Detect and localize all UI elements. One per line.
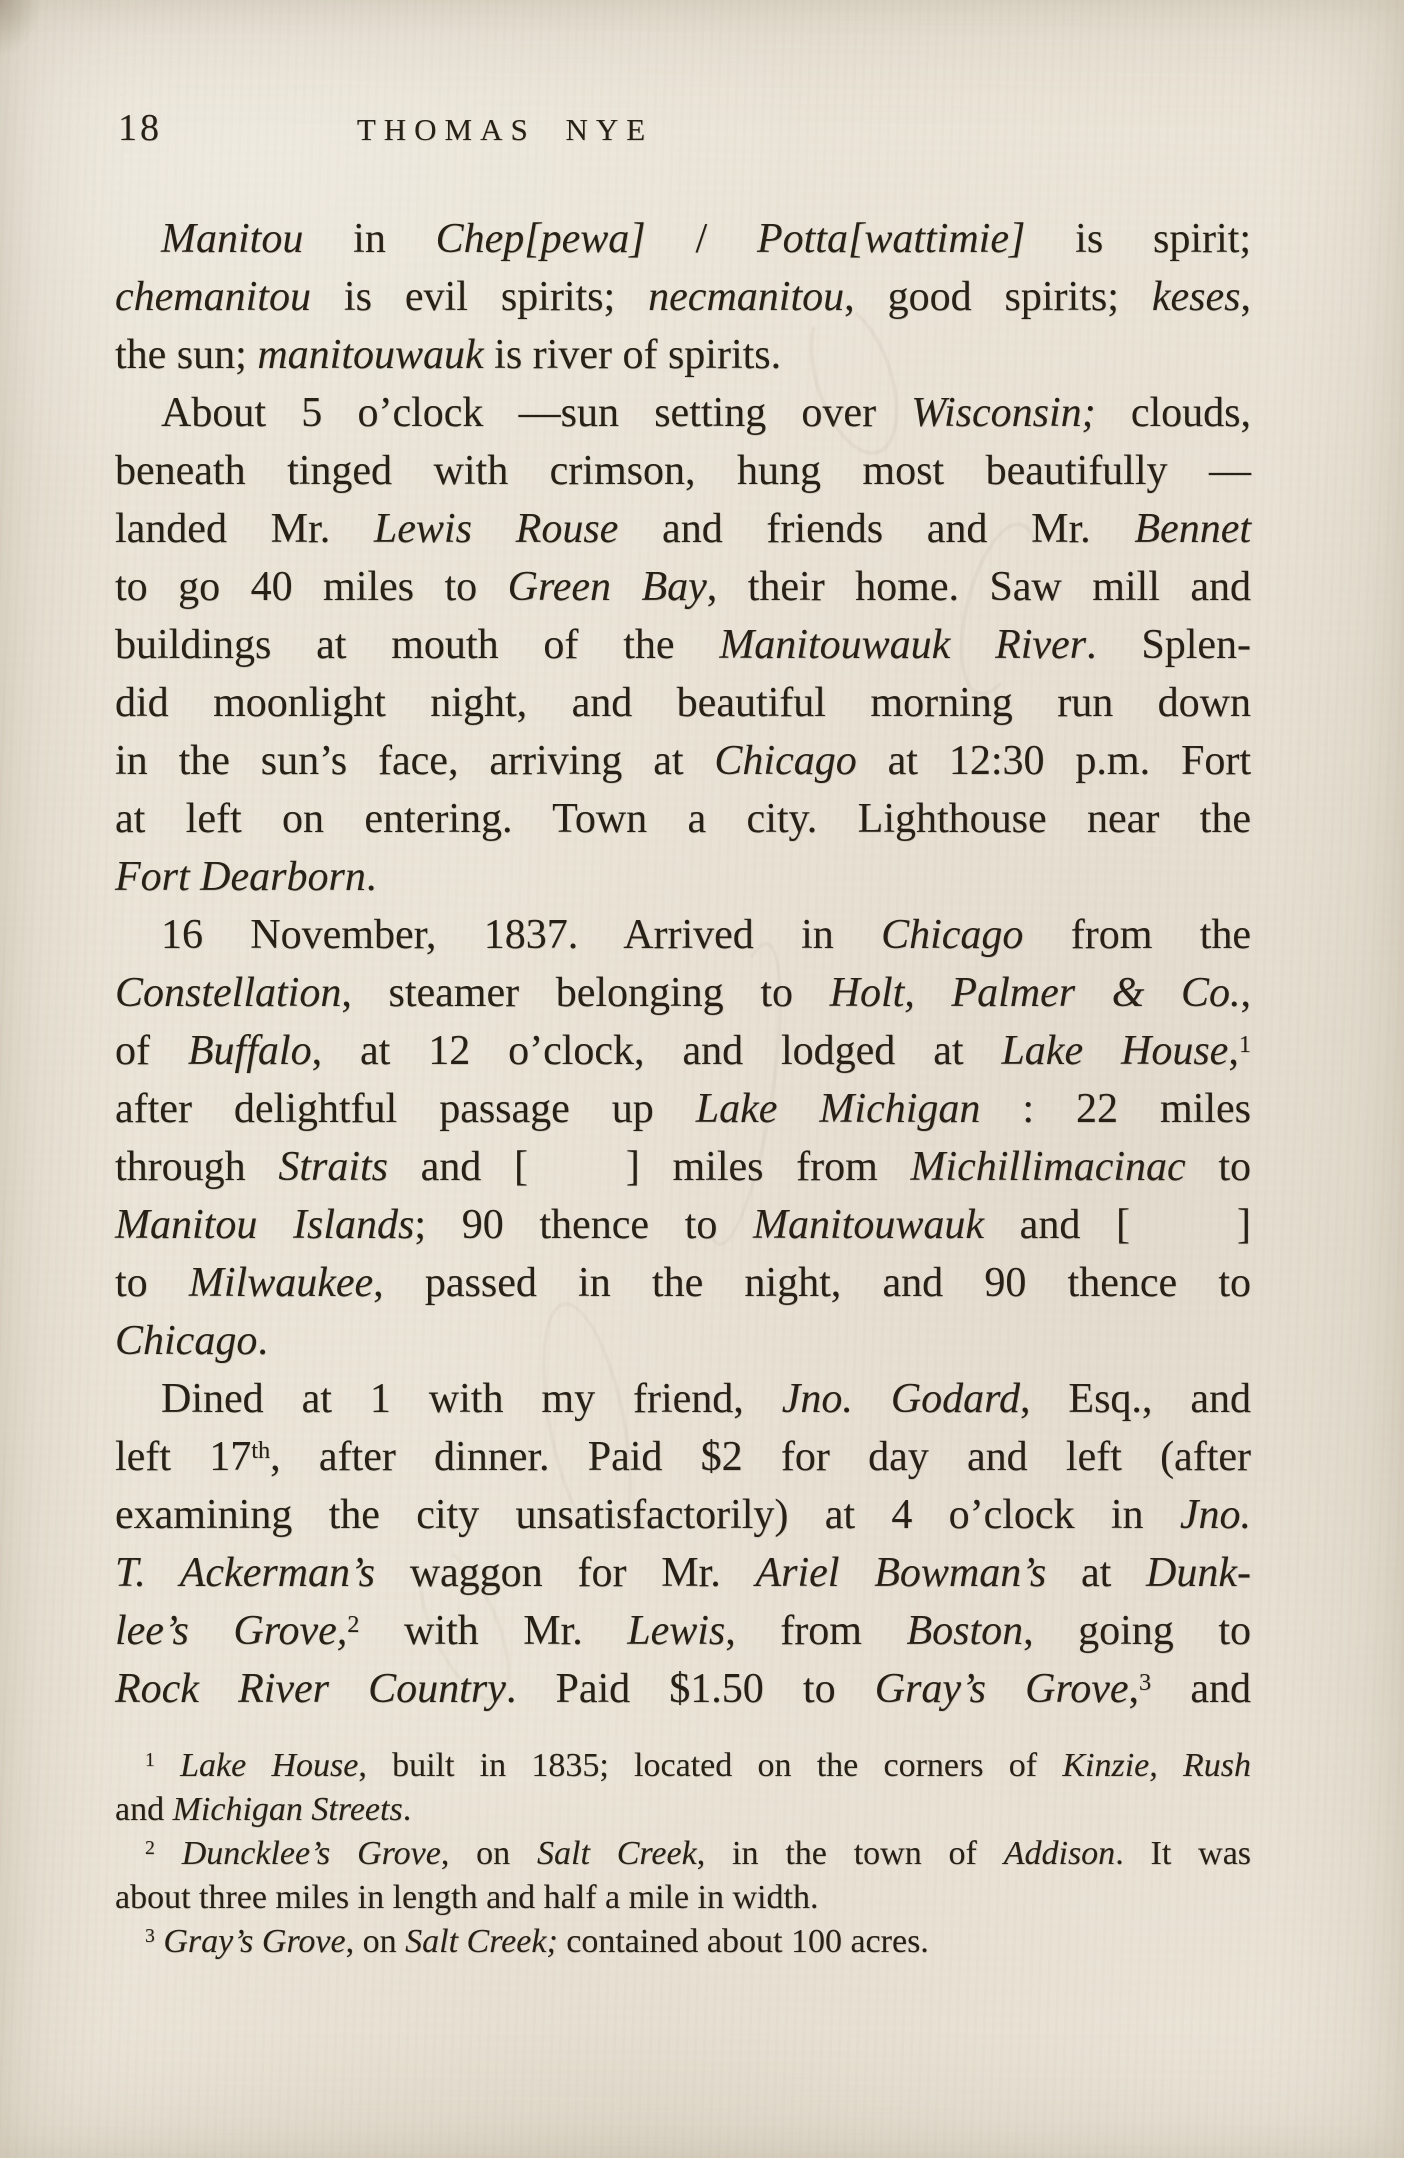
text-run: , going to <box>1023 1608 1251 1654</box>
text-run: Boston <box>906 1608 1023 1654</box>
text-run: Green Bay <box>508 564 707 610</box>
text-run: . <box>366 854 377 900</box>
text-line: Manitou Islands; 90 thence to Manitouwau… <box>115 1196 1251 1254</box>
text-run: , good spirits; <box>844 274 1152 320</box>
text-line: and Michigan Streets. <box>115 1788 1251 1832</box>
text-run: Jno. <box>1180 1492 1251 1538</box>
text-run: to go 40 miles to <box>115 564 508 610</box>
text-run: , from <box>725 1608 906 1654</box>
text-line: the sun; manitouwauk is river of spirits… <box>115 326 1251 384</box>
text-run: is spirit; <box>1025 216 1251 262</box>
body-text: Manitou in Chep[pewa] / Potta[wattimie] … <box>115 210 1251 1718</box>
text-run: ; 90 thence to <box>414 1202 753 1248</box>
text-run: Lake House <box>180 1747 358 1784</box>
text-run: 16 November, 1837. Arrived in <box>161 912 881 958</box>
text-line: through Straits and [ ] miles from Michi… <box>115 1138 1251 1196</box>
text-run: contained about 100 acres. <box>558 1923 929 1960</box>
text-run: from the <box>1023 912 1251 958</box>
text-run: Dined at 1 with my friend, <box>161 1376 782 1422</box>
text-run: Bennet <box>1134 506 1251 552</box>
text-run: Salt Creek; <box>405 1923 558 1960</box>
text-run: Manitouwauk River <box>719 622 1086 668</box>
book-page: 18 THOMAS NYE Manitou in Chep[pewa] / Po… <box>0 0 1404 2158</box>
text-run: and [ ] miles from <box>388 1144 910 1190</box>
text-run: Constellation <box>115 970 341 1016</box>
text-run: Potta[wattimie] <box>757 216 1025 262</box>
text-run: Manitouwauk <box>753 1202 984 1248</box>
text-run <box>155 1747 180 1784</box>
text-run: and [ ] <box>984 1202 1251 1248</box>
text-run: to <box>1186 1144 1251 1190</box>
text-run: Manitou <box>161 216 303 262</box>
text-run: keses <box>1152 274 1241 320</box>
text-line: Fort Dearborn. <box>115 848 1251 906</box>
text-run: , Esq., and <box>1020 1376 1251 1422</box>
text-run: , in the town of <box>697 1835 1004 1872</box>
text-run: Holt, Palmer & Co. <box>830 970 1241 1016</box>
text-run: to <box>115 1260 189 1306</box>
text-line: Dined at 1 with my friend, Jno. Godard, … <box>115 1370 1251 1428</box>
text-line: 2 Duncklee’s Grove, on Salt Creek, in th… <box>115 1832 1251 1876</box>
text-line: in the sun’s face, arriving at Chicago a… <box>115 732 1251 790</box>
footnote-reference: 3 <box>1139 1669 1151 1696</box>
text-run: Manitou Islands <box>115 1202 414 1248</box>
text-run: left 17 <box>115 1434 251 1480</box>
text-run: , <box>1241 970 1252 1016</box>
text-run: and <box>1151 1666 1251 1712</box>
text-run: is river of spirits. <box>484 332 781 378</box>
text-line: to Milwaukee, passed in the night, and 9… <box>115 1254 1251 1312</box>
text-run: . <box>403 1791 412 1828</box>
text-line: of Buffalo, at 12 o’clock, and lodged at… <box>115 1022 1251 1080</box>
text-run: after delightful passage up <box>115 1086 696 1132</box>
text-run: Salt Creek <box>537 1835 697 1872</box>
text-run: waggon for Mr. <box>375 1550 756 1596</box>
text-run: , <box>1240 274 1251 320</box>
text-run: in <box>303 216 435 262</box>
text-line: lee’s Grove,2 with Mr. Lewis, from Bosto… <box>115 1602 1251 1660</box>
text-run: , at 12 o’clock, and lodged at <box>312 1028 1002 1074</box>
text-line: Manitou in Chep[pewa] / Potta[wattimie] … <box>115 210 1251 268</box>
text-run <box>155 1835 182 1872</box>
text-run: . Paid $1.50 to <box>506 1666 875 1712</box>
text-run: , steamer belonging to <box>341 970 829 1016</box>
text-run: did moonlight night, and beautiful morni… <box>115 680 1251 726</box>
text-run: buildings at mouth of the <box>115 622 719 668</box>
text-line: Chicago. <box>115 1312 1251 1370</box>
text-run: : 22 miles <box>980 1086 1251 1132</box>
text-run: Milwaukee <box>189 1260 373 1306</box>
text-run: chemanitou <box>115 274 311 320</box>
text-run: Duncklee’s Grove <box>182 1835 441 1872</box>
text-run: manitouwauk <box>257 332 483 378</box>
text-line: about three miles in length and half a m… <box>115 1876 1251 1920</box>
text-run: with Mr. <box>359 1608 627 1654</box>
text-run: landed Mr. <box>115 506 374 552</box>
footnote-reference: 3 <box>145 1925 155 1947</box>
text-run: through <box>115 1144 278 1190</box>
text-line: buildings at mouth of the Manitouwauk Ri… <box>115 616 1251 674</box>
text-run: necmanitou <box>648 274 844 320</box>
text-run: . Splen- <box>1086 622 1251 668</box>
text-line: after delightful passage up Lake Michiga… <box>115 1080 1251 1138</box>
text-run: , their home. Saw mill and <box>707 564 1251 610</box>
text-line: to go 40 miles to Green Bay, their home.… <box>115 558 1251 616</box>
text-run: . It was <box>1115 1835 1251 1872</box>
text-run: Jno. Godard <box>782 1376 1020 1422</box>
text-line: at left on entering. Town a city. Lighth… <box>115 790 1251 848</box>
text-run: / <box>646 216 757 262</box>
text-line: examining the city unsatisfactorily) at … <box>115 1486 1251 1544</box>
text-run: , <box>1228 1028 1239 1074</box>
text-run: , built in 1835; located on the corners … <box>358 1747 1062 1784</box>
text-run: Lewis Rouse <box>374 506 618 552</box>
text-run: Rock River Country <box>115 1666 506 1712</box>
text-run: Michigan Streets <box>173 1791 403 1828</box>
text-run: Buffalo <box>188 1028 312 1074</box>
text-run: Gray’s Grove <box>163 1923 345 1960</box>
text-line: did moonlight night, and beautiful morni… <box>115 674 1251 732</box>
text-run: Chicago <box>881 912 1023 958</box>
text-line: Rock River Country. Paid $1.50 to Gray’s… <box>115 1660 1251 1718</box>
text-run: at left on entering. Town a city. Lighth… <box>115 796 1251 842</box>
text-run: Straits <box>278 1144 388 1190</box>
text-run: the sun; <box>115 332 257 378</box>
text-line: left 17th, after dinner. Paid $2 for day… <box>115 1428 1251 1486</box>
page-number: 18 <box>118 106 162 150</box>
text-run: in the sun’s face, arriving at <box>115 738 714 784</box>
text-line: landed Mr. Lewis Rouse and friends and M… <box>115 500 1251 558</box>
text-run: and friends and Mr. <box>618 506 1134 552</box>
text-run: Addison <box>1004 1835 1115 1872</box>
text-line: Constellation, steamer belonging to Holt… <box>115 964 1251 1022</box>
footnote-reference: 2 <box>347 1611 359 1638</box>
text-line: 1 Lake House, built in 1835; located on … <box>115 1744 1251 1788</box>
text-run: Ariel Bowman’s <box>756 1550 1047 1596</box>
text-line: About 5 o’clock —sun setting over Wiscon… <box>115 384 1251 442</box>
text-line: beneath tinged with crimson, hung most b… <box>115 442 1251 500</box>
text-run: About 5 o’clock —sun setting over <box>161 390 911 436</box>
text-run: beneath tinged with crimson, hung most b… <box>115 448 1251 494</box>
text-run: Lake Michigan <box>696 1086 981 1132</box>
text-run: examining the city unsatisfactorily) at … <box>115 1492 1180 1538</box>
text-run: and <box>115 1791 173 1828</box>
footnote-reference: 1 <box>1239 1031 1251 1058</box>
footnote-reference: th <box>251 1437 270 1464</box>
text-run: Chep[pewa] <box>436 216 646 262</box>
text-run: Dunk- <box>1146 1550 1251 1596</box>
text-run: Gray’s Grove <box>875 1666 1129 1712</box>
text-run: , on <box>346 1923 406 1960</box>
text-run: at <box>1046 1550 1146 1596</box>
text-run: lee’s Grove, <box>115 1608 347 1654</box>
text-run: Kinzie, Rush <box>1062 1747 1251 1784</box>
text-run: about three miles in length and half a m… <box>115 1879 818 1916</box>
text-run: , after dinner. Paid $2 for day and left… <box>270 1434 1251 1480</box>
footnote-reference: 2 <box>145 1837 155 1859</box>
text-line: chemanitou is evil spirits; necmanitou, … <box>115 268 1251 326</box>
text-run: Lake House <box>1001 1028 1228 1074</box>
text-run: of <box>115 1028 188 1074</box>
text-run: Chicago <box>115 1318 257 1364</box>
footnotes: 1 Lake House, built in 1835; located on … <box>115 1744 1251 1964</box>
text-line: 3 Gray’s Grove, on Salt Creek; contained… <box>115 1920 1251 1964</box>
text-run: , on <box>441 1835 537 1872</box>
text-run: , <box>1129 1666 1140 1712</box>
text-run: Wisconsin; <box>911 390 1095 436</box>
text-run: is evil spirits; <box>311 274 648 320</box>
text-run: Michillimacinac <box>910 1144 1185 1190</box>
text-run: . <box>257 1318 268 1364</box>
footnote-reference: 1 <box>145 1749 155 1771</box>
text-run: , passed in the night, and 90 thence to <box>373 1260 1251 1306</box>
text-line: 16 November, 1837. Arrived in Chicago fr… <box>115 906 1251 964</box>
text-line: T. Ackerman’s waggon for Mr. Ariel Bowma… <box>115 1544 1251 1602</box>
running-head: THOMAS NYE <box>357 112 653 148</box>
text-run: Lewis <box>627 1608 725 1654</box>
text-run: clouds, <box>1096 390 1251 436</box>
text-run: at 12:30 p.m. Fort <box>857 738 1251 784</box>
text-run: Chicago <box>714 738 856 784</box>
text-run: Fort Dearborn <box>115 854 366 900</box>
text-run: T. Ackerman’s <box>115 1550 375 1596</box>
